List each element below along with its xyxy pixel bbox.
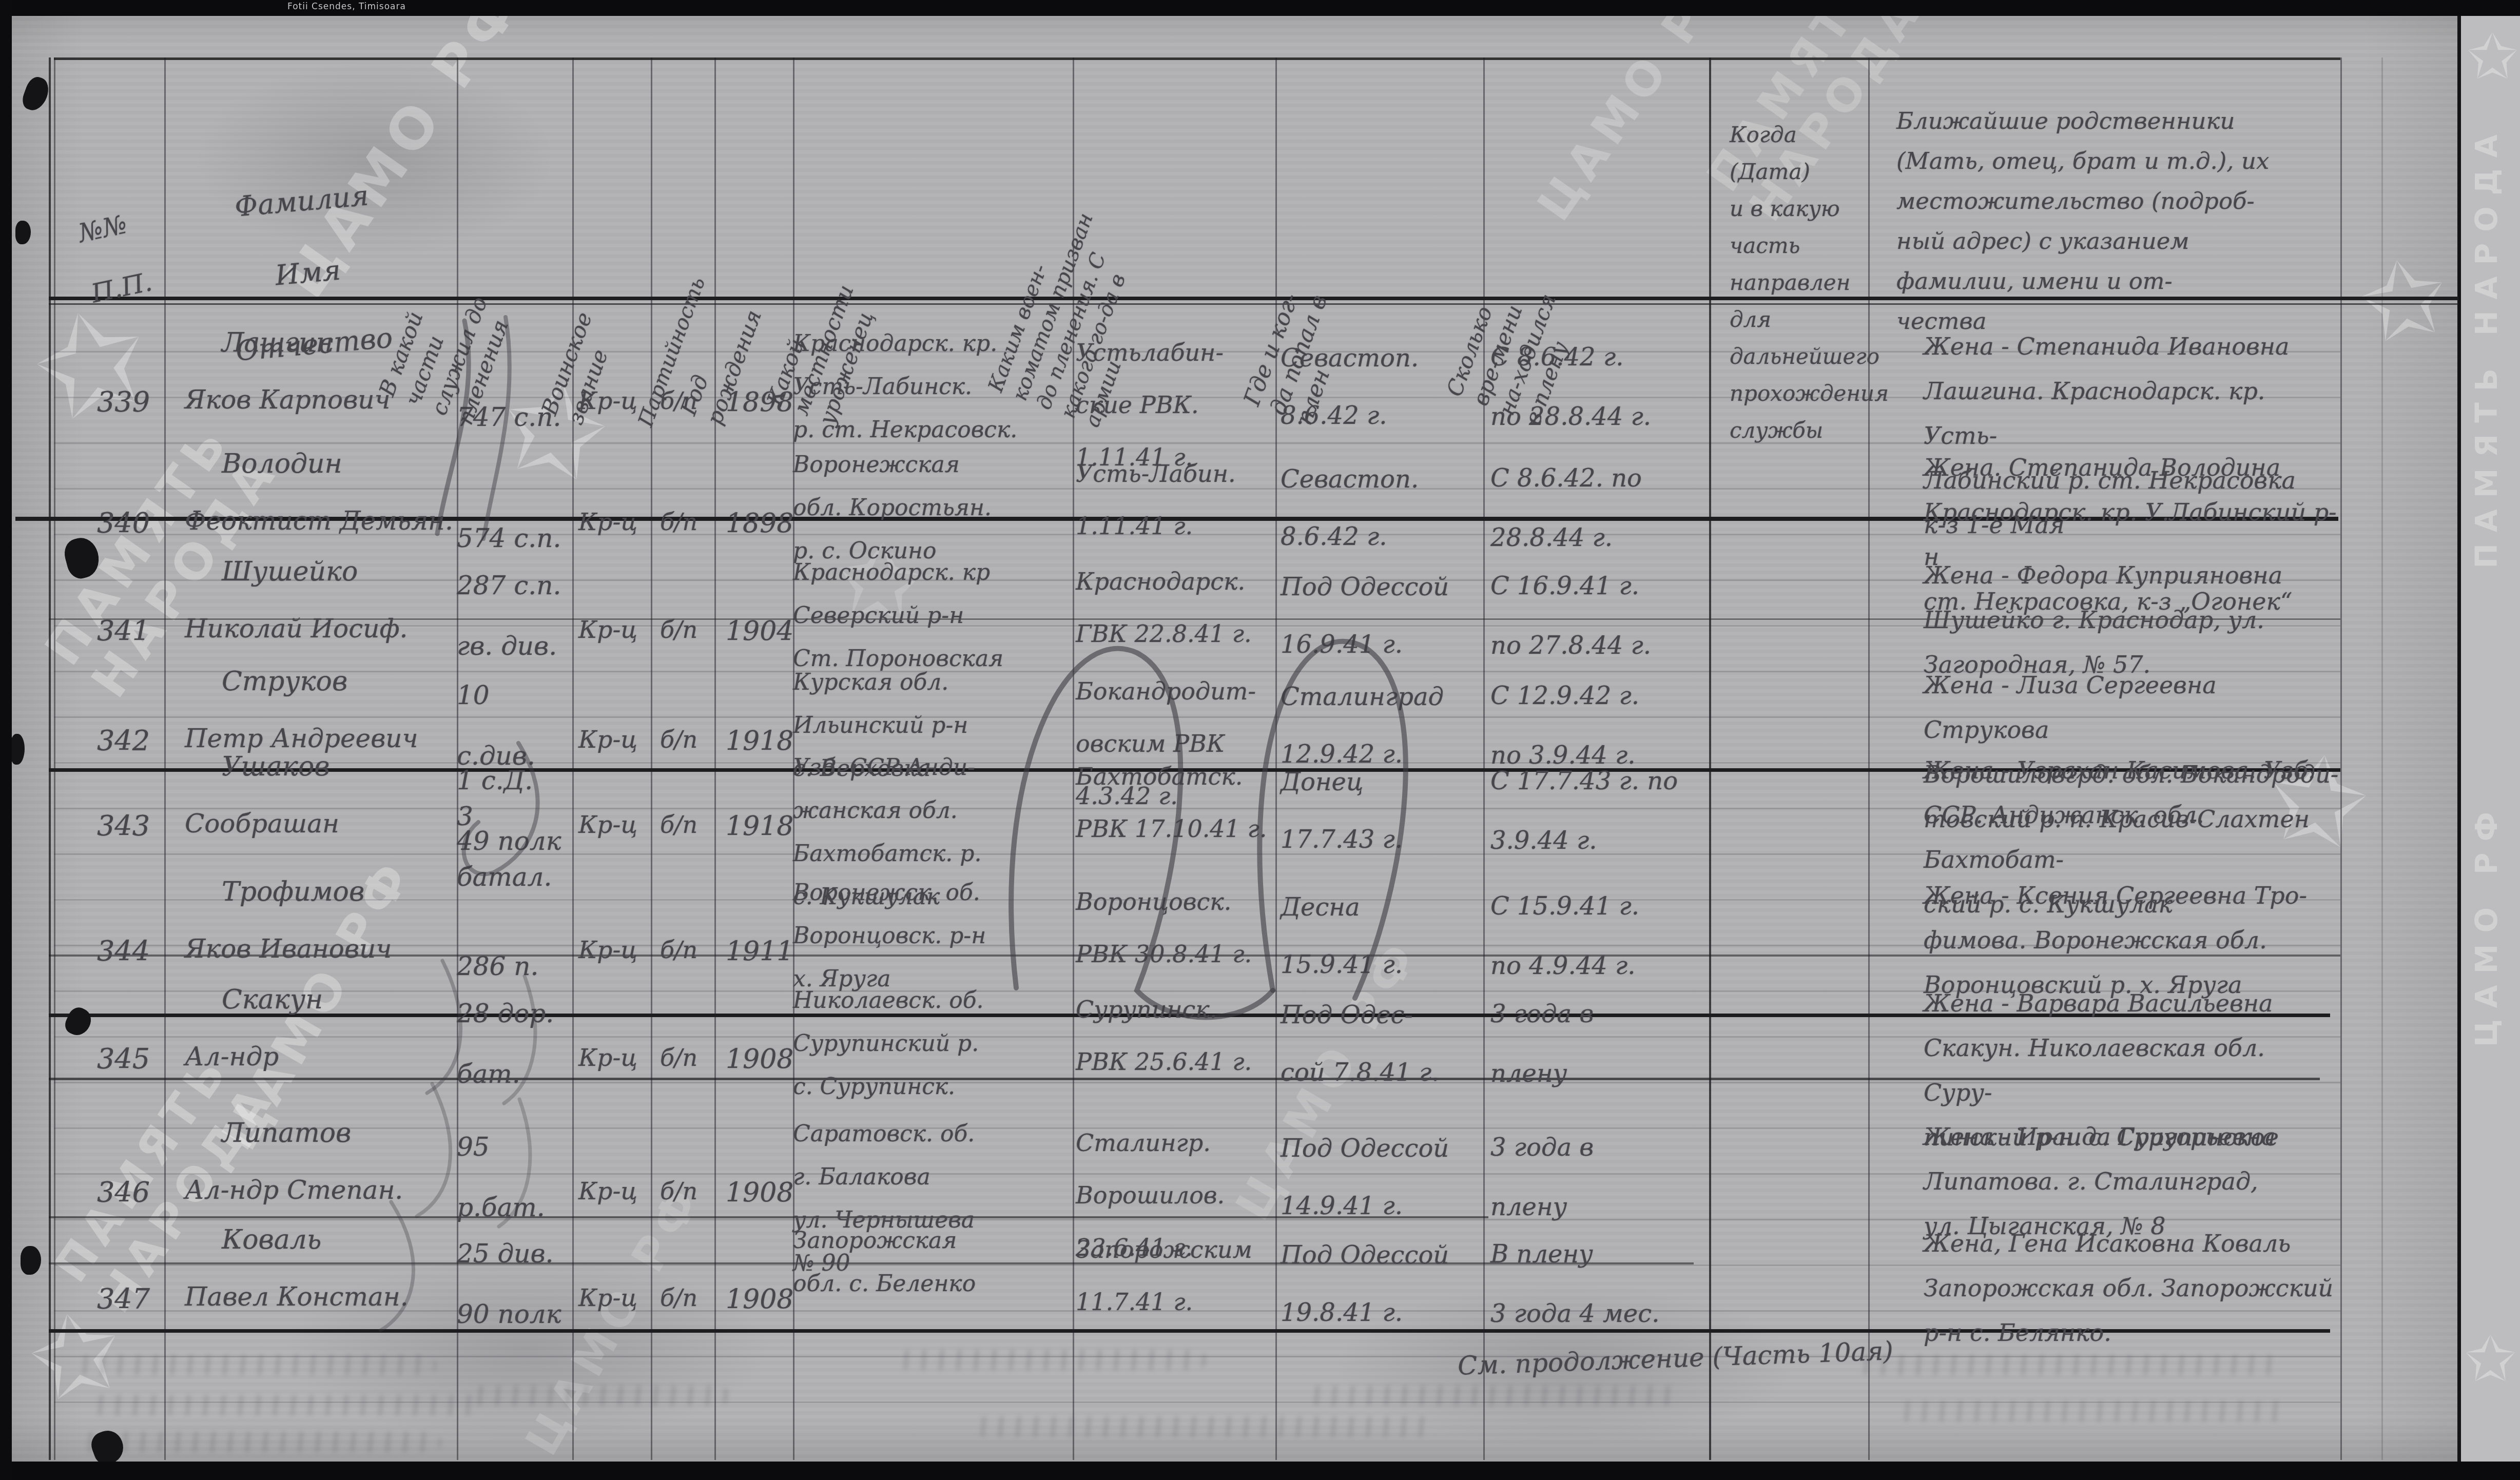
bleed-through-writing xyxy=(1899,1401,2289,1421)
bleed-through-writing xyxy=(82,1432,441,1452)
pencil-scribbles xyxy=(0,0,2520,1480)
photo-credit: Fotii Csendes, Timisoara xyxy=(287,2,406,12)
scan-border-left xyxy=(0,0,12,1480)
bleed-through-writing xyxy=(1858,1355,2279,1375)
bleed-through-writing xyxy=(92,1395,482,1415)
scanned-pow-registry-page: ЦАМО РФ ✩ ПАМЯТЬ НАРОДА ✩ ЦАМО РФ ПАМЯТЬ… xyxy=(0,0,2520,1480)
scan-border-bottom xyxy=(0,1462,2520,1480)
bleed-through-writing xyxy=(975,1416,1437,1437)
bleed-through-writing xyxy=(77,1355,436,1375)
bleed-through-writing xyxy=(472,1386,729,1406)
bleed-through-writing xyxy=(1309,1386,1678,1406)
bleed-through-writing xyxy=(898,1350,1206,1370)
